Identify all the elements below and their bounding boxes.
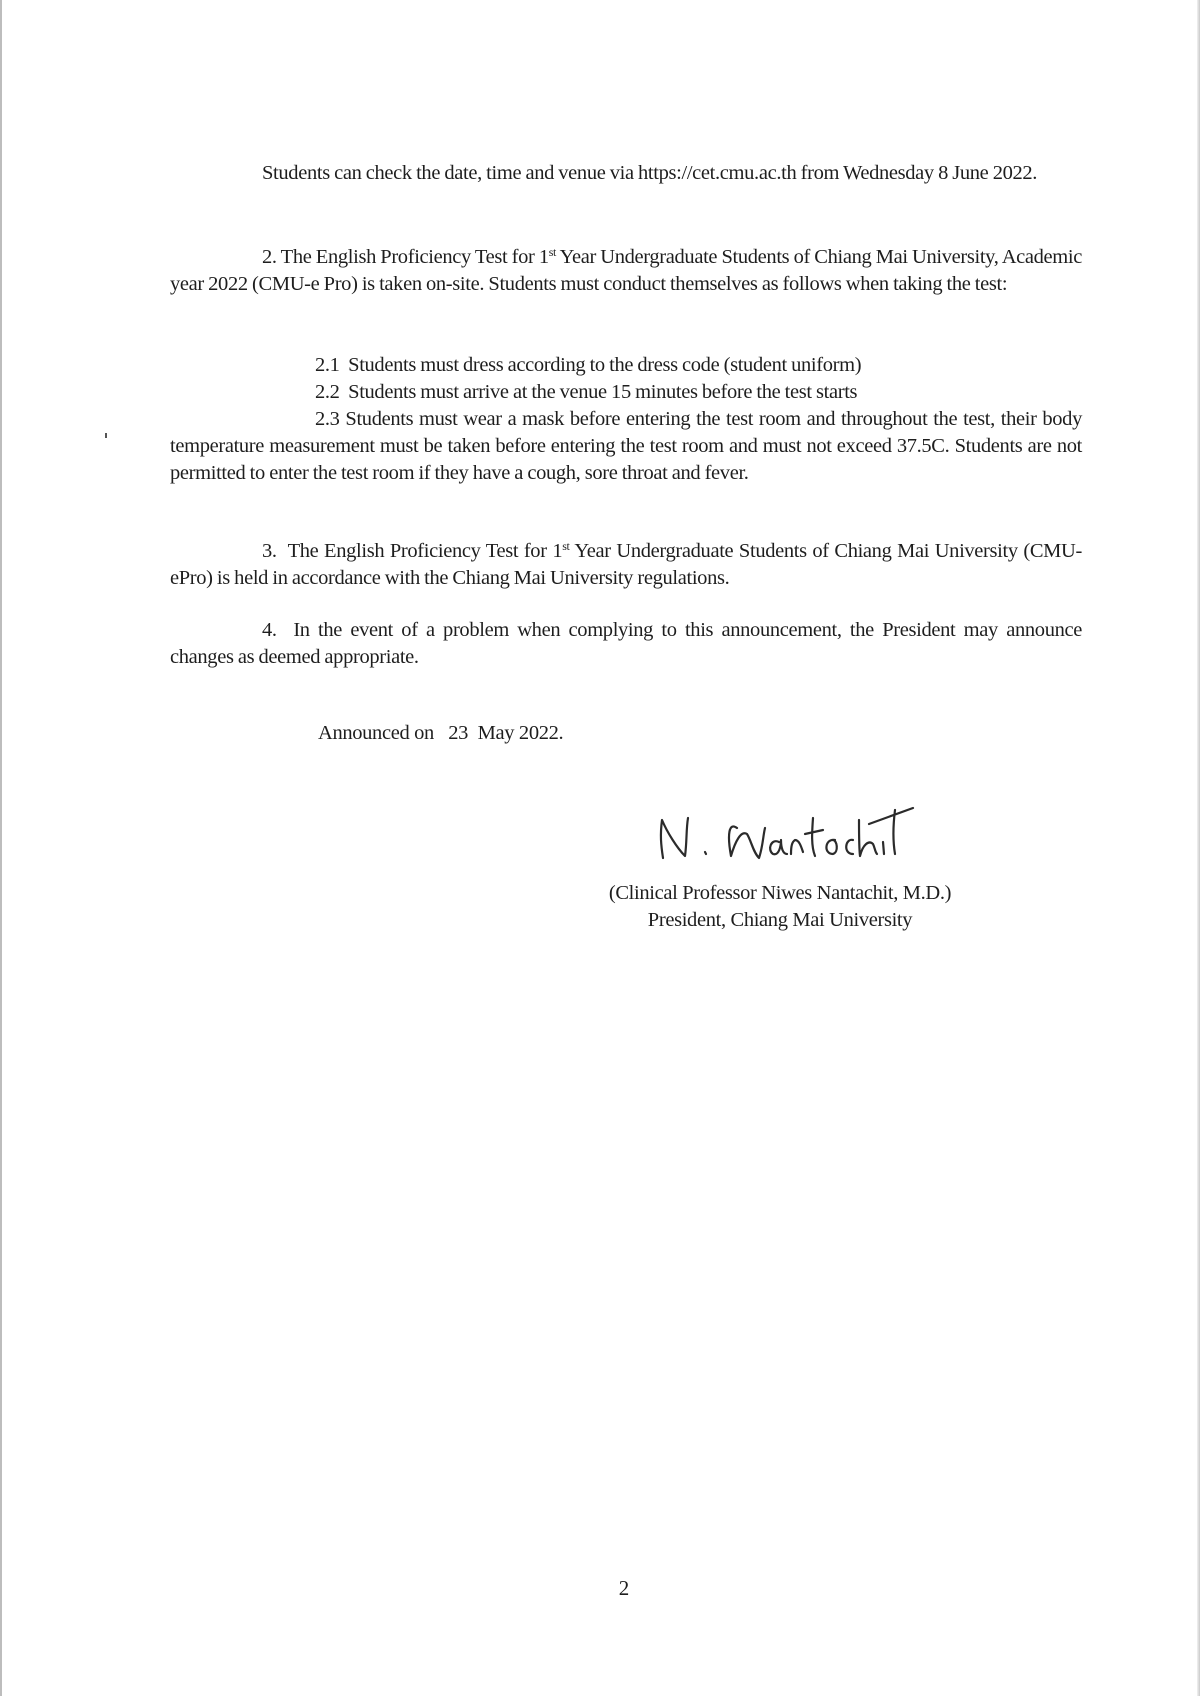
sub-item-text: Students must wear a mask before enterin… bbox=[170, 408, 1082, 484]
handwritten-signature bbox=[655, 790, 915, 870]
item-2-paragraph: 2. The English Proficiency Test for 1st … bbox=[170, 244, 1082, 298]
item-3-number: 3. bbox=[262, 540, 277, 562]
sub-item-number: 2.1 bbox=[315, 354, 340, 376]
item-3-ordinal-suffix: st bbox=[562, 539, 569, 553]
announcement-date-line: Announced on 23 May 2022. bbox=[318, 722, 563, 745]
item-2-ordinal-suffix: st bbox=[549, 245, 556, 259]
signatory-title: President, Chiang Mai University bbox=[560, 907, 1000, 934]
scan-page-edge-left bbox=[0, 0, 2, 1696]
item-2-number: 2. bbox=[262, 246, 277, 268]
paragraph-check-venue: Students can check the date, time and ve… bbox=[170, 160, 1082, 187]
signature-icon bbox=[655, 790, 915, 870]
sub-item-text: Students must arrive at the venue 15 min… bbox=[348, 381, 857, 403]
sub-item-2-1: 2.1 Students must dress according to the… bbox=[315, 352, 861, 379]
announced-date: 23 May 2022. bbox=[448, 722, 563, 744]
page-number: 2 bbox=[612, 1576, 636, 1601]
sub-item-2-3: 2.3 Students must wear a mask before ent… bbox=[170, 406, 1082, 487]
item-4-number: 4. bbox=[262, 619, 277, 641]
announced-label: Announced on bbox=[318, 722, 434, 744]
item-3-paragraph: 3. The English Proficiency Test for 1st … bbox=[170, 538, 1082, 592]
sub-item-number: 2.2 bbox=[315, 381, 340, 403]
item-4-text: In the event of a problem when complying… bbox=[170, 619, 1082, 668]
item-3-text-start: The English Proficiency Test for 1 bbox=[288, 540, 563, 562]
signatory-name: (Clinical Professor Niwes Nantachit, M.D… bbox=[560, 880, 1000, 907]
sub-item-2-2: 2.2 Students must arrive at the venue 15… bbox=[315, 379, 857, 406]
scan-artifact-dot bbox=[105, 433, 107, 438]
item-2-text-start: The English Proficiency Test for 1 bbox=[281, 246, 549, 268]
sub-item-text: Students must dress according to the dre… bbox=[348, 354, 861, 376]
item-4-paragraph: 4. In the event of a problem when comply… bbox=[170, 617, 1082, 671]
sub-item-number: 2.3 bbox=[315, 408, 340, 430]
